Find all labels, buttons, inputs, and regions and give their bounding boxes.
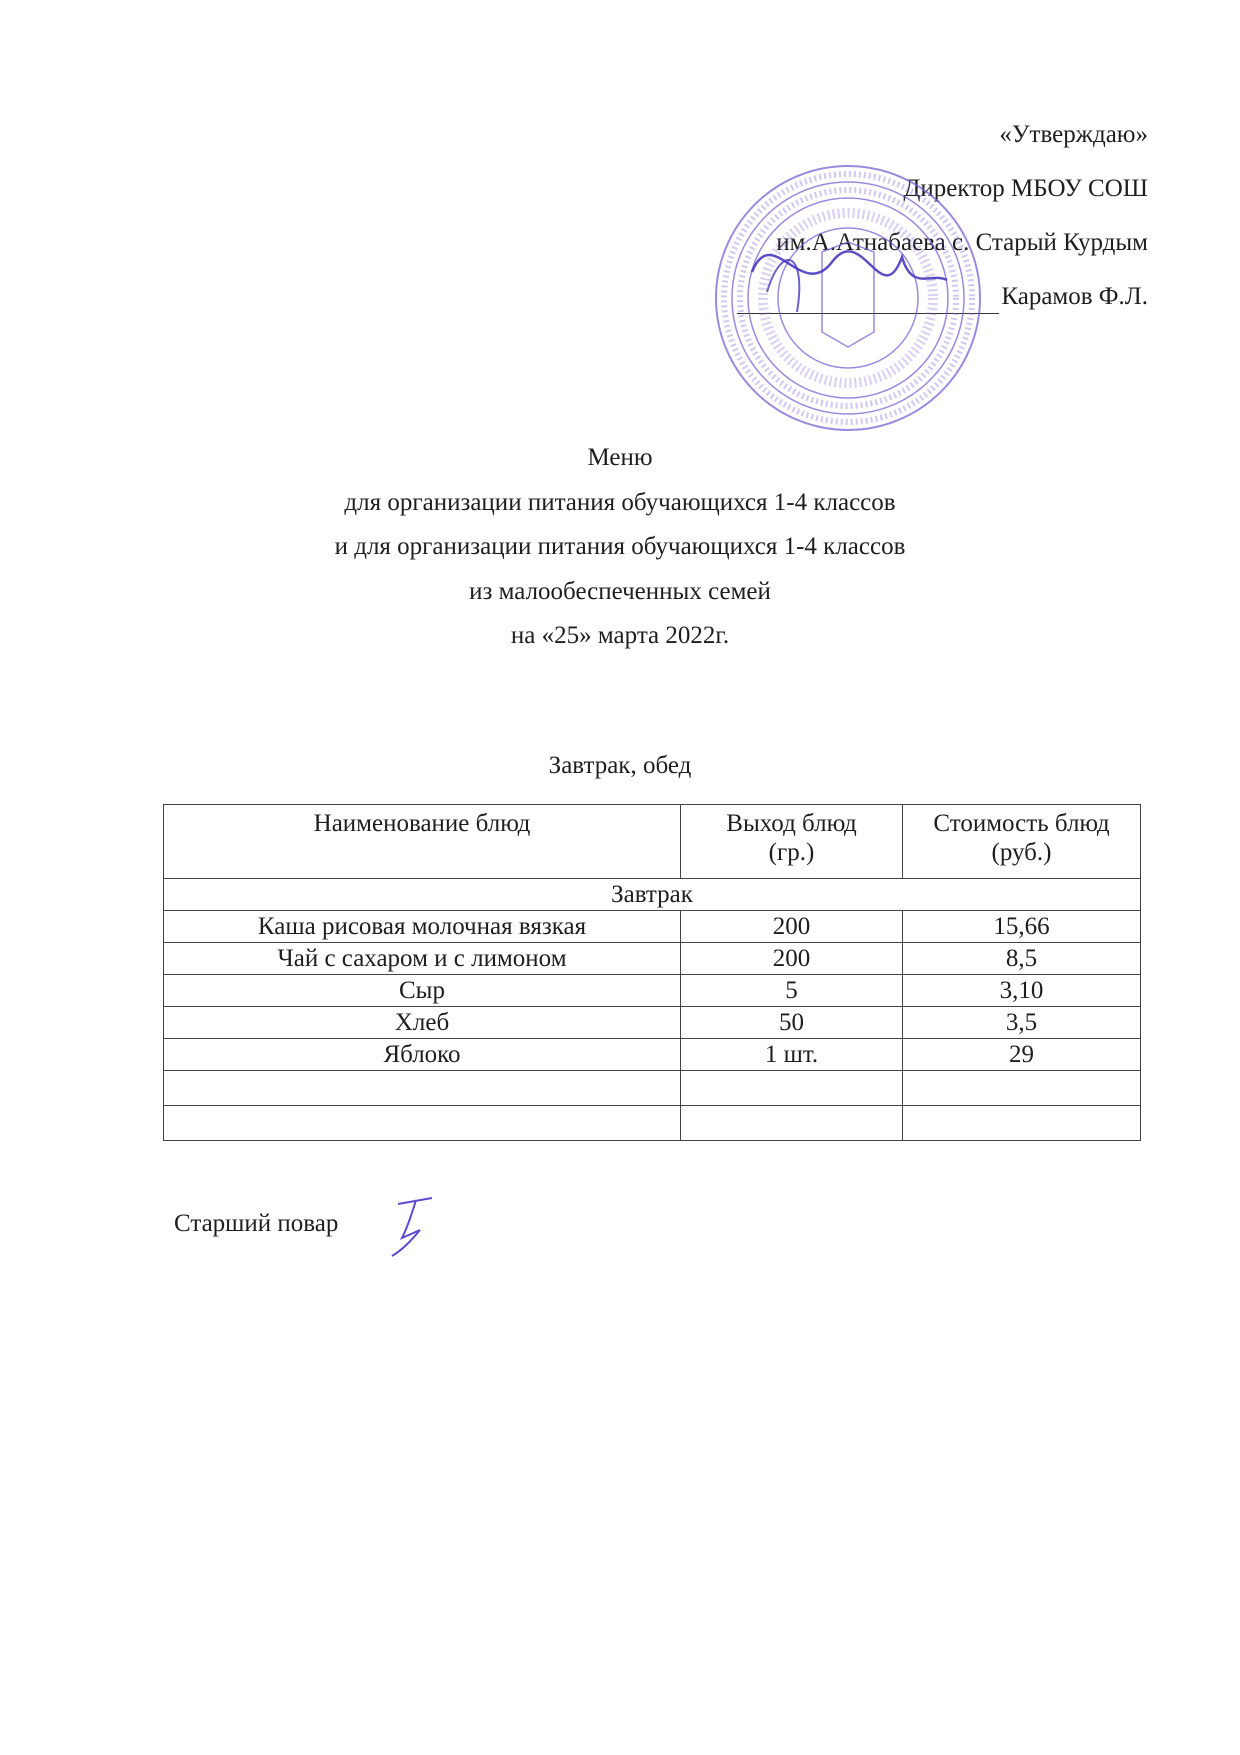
- dish-name-cell: Чай с сахаром и с лимоном: [164, 943, 681, 975]
- cook-label: Старший повар: [174, 1210, 338, 1238]
- yield-cell: 200: [681, 943, 903, 975]
- title-line-3: и для организации питания обучающихся 1-…: [0, 525, 1240, 570]
- group-row: Завтрак: [164, 879, 1141, 911]
- dish-name-cell: Хлеб: [164, 1007, 681, 1039]
- title-line-5: на «25» марта 2022г.: [0, 614, 1240, 659]
- yield-cell: 5: [681, 975, 903, 1007]
- title-line-2: для организации питания обучающихся 1-4 …: [0, 481, 1240, 526]
- yield-cell: 50: [681, 1007, 903, 1039]
- header-dish-name: Наименование блюд: [164, 805, 681, 879]
- title-line-1: Меню: [0, 436, 1240, 481]
- dish-name-cell: [164, 1106, 681, 1141]
- menu-table: Наименование блюд Выход блюд(гр.) Стоимо…: [163, 804, 1141, 1141]
- table-row: [164, 1106, 1141, 1141]
- dish-name-cell: [164, 1071, 681, 1106]
- cost-cell: 3,5: [903, 1007, 1141, 1039]
- yield-cell: [681, 1106, 903, 1141]
- group-label: Завтрак: [164, 879, 1141, 911]
- table-header-row: Наименование блюд Выход блюд(гр.) Стоимо…: [164, 805, 1141, 879]
- approval-heading: «Утверждаю»: [737, 108, 1148, 162]
- approval-signer: Карамов Ф.Л.: [1001, 283, 1148, 310]
- section-title: Завтрак, обед: [0, 752, 1240, 780]
- table-row: Чай с сахаром и с лимоном2008,5: [164, 943, 1141, 975]
- cook-signature-icon: [380, 1190, 440, 1260]
- table-row: [164, 1071, 1141, 1106]
- document-title: Меню для организации питания обучающихся…: [0, 436, 1240, 659]
- cost-cell: 3,10: [903, 975, 1141, 1007]
- table-row: Хлеб503,5: [164, 1007, 1141, 1039]
- cost-cell: 29: [903, 1039, 1141, 1071]
- dish-name-cell: Каша рисовая молочная вязкая: [164, 911, 681, 943]
- cost-cell: 8,5: [903, 943, 1141, 975]
- cost-cell: [903, 1106, 1141, 1141]
- yield-cell: 200: [681, 911, 903, 943]
- cost-cell: 15,66: [903, 911, 1141, 943]
- table-row: Яблоко1 шт.29: [164, 1039, 1141, 1071]
- yield-cell: [681, 1071, 903, 1106]
- table-row: Каша рисовая молочная вязкая20015,66: [164, 911, 1141, 943]
- dish-name-cell: Сыр: [164, 975, 681, 1007]
- table-row: Сыр53,10: [164, 975, 1141, 1007]
- dish-name-cell: Яблоко: [164, 1039, 681, 1071]
- header-yield: Выход блюд(гр.): [681, 805, 903, 879]
- header-cost: Стоимость блюд(руб.): [903, 805, 1141, 879]
- official-stamp-icon: [712, 162, 984, 434]
- yield-cell: 1 шт.: [681, 1039, 903, 1071]
- title-line-4: из малообеспеченных семей: [0, 570, 1240, 615]
- cost-cell: [903, 1071, 1141, 1106]
